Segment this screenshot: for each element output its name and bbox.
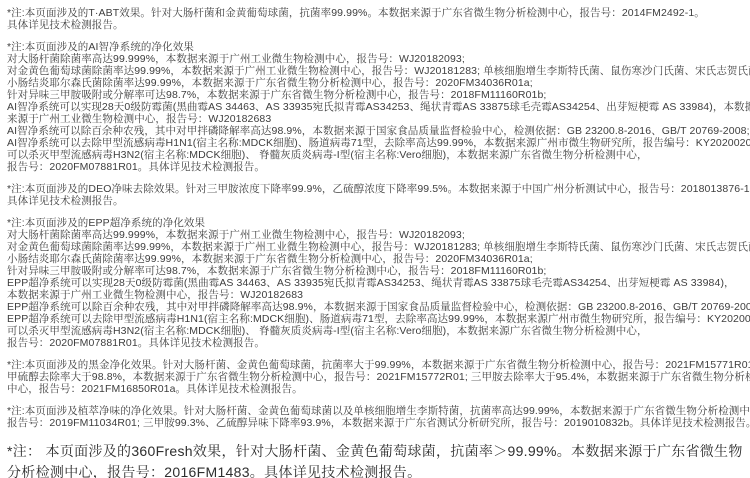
- footnote-line: AI智净系统可以实现28天0级防霉菌(黑曲霉AS 34463、AS 33935宛…: [7, 101, 750, 113]
- footnote-line: 具体详见技术检测报告。: [7, 19, 750, 31]
- footnote-line: *注:本页面涉及的EPP超净系统的净化效果: [7, 217, 750, 229]
- footnote-line: 小肠结炎耶尔森氏菌除菌率达99.99%，本数据来源于广东省微生物分析检测中心，报…: [7, 77, 750, 89]
- footnote-section-deo: *注:本页面涉及的DEO净味去除效果。针对三甲胺浓度下降率99.9%，乙硫醇浓度…: [7, 183, 750, 207]
- footnote-line: *注:本页面涉及的DEO净味去除效果。针对三甲胺浓度下降率99.9%，乙硫醇浓度…: [7, 183, 750, 195]
- footnote-line: *注:本页面涉及植萃净味的净化效果。针对大肠杆菌、金黄色葡萄球菌以及单核细胞增生…: [7, 405, 750, 417]
- page: { "document": { "background": "#ffffff",…: [0, 0, 750, 478]
- footnote-line: EPP超净系统可以实现28天0级防霉菌(黑曲霉AS 34463、AS 33935…: [7, 277, 750, 289]
- footnote-line: 报告号：2020FM07881R01。具体详见技术检测报告。: [7, 337, 750, 349]
- footnote-line: EPP超净系统可以除百余种农残，其中对甲拌磷降解率高达98.9%，本数据来源于国…: [7, 301, 750, 313]
- footnote-line: 针对异味三甲胺吸附或分解率可达98.7%，本数据来源于广东省微生物分析检测中心，…: [7, 89, 750, 101]
- footnote-line: 可以杀灭甲型流感病毒H3N2(宿主名称:MDCK细胞)、 脊髓灰质炎病毒-I型(…: [7, 325, 750, 337]
- footnote-line: *注:本页面涉及的T·ABT效果。针对大肠杆菌和金黄葡萄球菌，抗菌率99.99%…: [7, 7, 750, 19]
- footnote-line: 具体详见技术检测报告。: [7, 195, 750, 207]
- footnote-line: *注:本页面涉及的黑金净化效果。针对大肠杆菌、金黄色葡萄球菌，抗菌率大于99.9…: [7, 359, 750, 371]
- footnote-section-plant-extract: *注:本页面涉及植萃净味的净化效果。针对大肠杆菌、金黄色葡萄球菌以及单核细胞增生…: [7, 405, 750, 429]
- footnote-line: 甲硫醇去除率大于98.8%，本数据来源于广东省微生物分析检测中心，报告号：202…: [7, 371, 750, 383]
- footnote-line: 对金黄色葡萄球菌除菌率达99.99%，本数据来源于广州工业微生物检测中心，报告号…: [7, 65, 750, 77]
- footnote-line: 分析检测中心，报告号：2016FM1483。具体详见技术检测报告。: [7, 462, 750, 478]
- footnote-line: 小肠结炎耶尔森氏菌除菌率达99.99%，本数据来源于广东省微生物分析检测中心，报…: [7, 253, 750, 265]
- footnote-line: AI智净系统可以除百余种农残，其中对甲拌磷降解率高达98.9%，本数据来源于国家…: [7, 125, 750, 137]
- footnote-line: EPP超净系统可以去除甲型流感病毒H1N1(宿主名称:MDCK细胞)、肠道病毒7…: [7, 313, 750, 325]
- footnote-line: 本数据来源于广州工业微生物检测中心，报告号：WJ20182683: [7, 289, 750, 301]
- footnote-line: AI智净系统可以去除甲型流感病毒H1N1(宿主名称:MDCK细胞)、肠道病毒71…: [7, 137, 750, 149]
- footnote-line: 对大肠杆菌除菌率高达99.999%，本数据来源于广州工业微生物检测中心，报告号：…: [7, 53, 750, 65]
- footnote-line: 来源于广州工业微生物检测中心，报告号：WJ20182683: [7, 113, 750, 125]
- footnote-line: 中心，报告号：2021FM16850R01a。具体详见技术检测报告。: [7, 383, 750, 395]
- footnote-line: 可以杀灭甲型流感病毒H3N2(宿主名称:MDCK细胞)、 脊髓灰质炎病毒-I型(…: [7, 149, 750, 161]
- footnote-section-black-gold: *注:本页面涉及的黑金净化效果。针对大肠杆菌、金黄色葡萄球菌，抗菌率大于99.9…: [7, 359, 750, 395]
- footnote-line: 对金黄色葡萄球菌除菌率达99.99%，本数据来源于广州工业微生物检测中心，报告号…: [7, 241, 750, 253]
- footnote-line: 报告号：2020FM07881R01。具体详见技术检测报告。: [7, 161, 750, 173]
- footnote-section-ai-purify: *注:本页面涉及的AI智净系统的净化效果 对大肠杆菌除菌率高达99.999%，本…: [7, 41, 750, 173]
- footnote-section-epp-purify: *注:本页面涉及的EPP超净系统的净化效果 对大肠杆菌除菌率高达99.999%，…: [7, 217, 750, 349]
- footnote-line: *注： 本页面涉及的360Fresh效果，针对大肠杆菌、金黄色葡萄球菌，抗菌率＞…: [7, 441, 750, 462]
- footnote-line: 针对异味三甲胺吸附或分解率可达98.7%，本数据来源于广东省微生物分析检测中心，…: [7, 265, 750, 277]
- footnote-section-360fresh: *注： 本页面涉及的360Fresh效果，针对大肠杆菌、金黄色葡萄球菌，抗菌率＞…: [7, 441, 750, 478]
- footnote-line: 对大肠杆菌除菌率高达99.999%，本数据来源于广州工业微生物检测中心，报告号：…: [7, 229, 750, 241]
- footnote-section-tabt: *注:本页面涉及的T·ABT效果。针对大肠杆菌和金黄葡萄球菌，抗菌率99.99%…: [7, 7, 750, 31]
- footnote-line: *注:本页面涉及的AI智净系统的净化效果: [7, 41, 750, 53]
- footnote-line: 报告号：2019FM11034R01; 三甲胺99.3%、乙硫醇异味下降率93.…: [7, 417, 750, 429]
